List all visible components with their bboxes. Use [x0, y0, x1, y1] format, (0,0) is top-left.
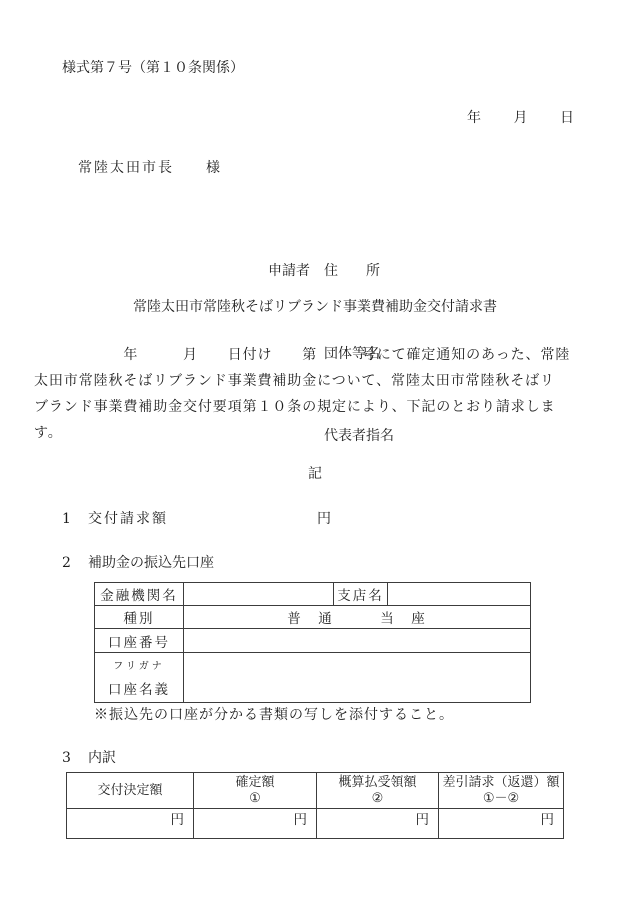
account-holder-label-cell: フリガナ 口座名義 [95, 653, 184, 703]
financial-institution-field [184, 583, 334, 606]
account-type-options: 普 通 当 座 [184, 606, 531, 629]
item-1-yen-unit: 円 [317, 509, 331, 529]
balance-claim-header-label: 差引請求（返還）額 [442, 775, 559, 790]
decided-amount-header: 交付決定額 [67, 773, 194, 809]
bank-row-account-number: 口座番号 [95, 629, 531, 653]
document-page: 様式第７号（第１０条関係） 年 月 日 常陸太田市長 様 申請者 住 所 団体等… [0, 0, 630, 903]
balance-claim-cell: 円 [439, 809, 564, 839]
body-paragraph: 年 月 日付け 第 号にて確定通知のあった、常陸 太田市常陸秋そばリブランド事業… [34, 342, 568, 446]
provisional-payment-cell: 円 [317, 809, 439, 839]
applicant-address-line: 申請者 住 所 [268, 258, 394, 286]
bank-row-account-type: 種別 普 通 当 座 [95, 606, 531, 629]
provisional-payment-header-sub: ② [317, 791, 438, 807]
balance-claim-header: 差引請求（返還）額 ①－② [439, 773, 564, 809]
document-title: 常陸太田市常陸秋そばリブランド事業費補助金交付請求書 [0, 297, 630, 317]
account-type-label: 種別 [95, 606, 184, 629]
furigana-label: フリガナ [95, 657, 183, 672]
account-number-label: 口座番号 [95, 629, 184, 653]
body-line-4: す。 [34, 420, 568, 446]
bank-row-account-holder: フリガナ 口座名義 [95, 653, 531, 703]
balance-claim-header-sub: ①－② [439, 791, 563, 807]
provisional-payment-header: 概算払受領額 ② [317, 773, 439, 809]
item-2-label: 補助金の振込先口座 [88, 553, 214, 573]
breakdown-header-row: 交付決定額 確定額 ① 概算払受領額 ② 差引請求（返還）額 ①－② [67, 773, 564, 809]
account-holder-label: 口座名義 [95, 678, 183, 698]
bank-note: ※振込先の口座が分かる書類の写しを添付すること。 [94, 704, 454, 724]
fixed-amount-header-label: 確定額 [235, 775, 274, 790]
branch-label: 支店名 [334, 583, 388, 606]
decided-amount-cell: 円 [67, 809, 194, 839]
item-1-number: 1 [62, 509, 71, 529]
bank-row-institution: 金融機関名 支店名 [95, 583, 531, 606]
bank-account-table: 金融機関名 支店名 種別 普 通 当 座 口座番号 フリガナ 口座名義 [94, 582, 531, 703]
fixed-amount-header: 確定額 ① [194, 773, 317, 809]
financial-institution-label: 金融機関名 [95, 583, 184, 606]
body-line-2: 太田市常陸秋そばリブランド事業費補助金について、常陸太田市常陸秋そばリ [34, 368, 568, 394]
item-2-number: 2 [62, 553, 71, 573]
item-3-label: 内訳 [88, 748, 116, 768]
item-3-number: 3 [62, 748, 71, 768]
account-holder-field [184, 653, 531, 703]
date-line: 年 月 日 [467, 108, 576, 128]
addressee: 常陸太田市長 様 [78, 158, 222, 178]
breakdown-amount-row: 円 円 円 円 [67, 809, 564, 839]
form-number: 様式第７号（第１０条関係） [62, 58, 244, 78]
account-number-field [184, 629, 531, 653]
ki-marker: 記 [0, 464, 630, 484]
fixed-amount-header-sub: ① [194, 791, 316, 807]
body-line-3: ブランド事業費補助金交付要項第１０条の規定により、下記のとおり請求しま [34, 394, 568, 420]
fixed-amount-cell: 円 [194, 809, 317, 839]
branch-field [388, 583, 531, 606]
body-line-1: 年 月 日付け 第 号にて確定通知のあった、常陸 [34, 342, 568, 368]
breakdown-table: 交付決定額 確定額 ① 概算払受領額 ② 差引請求（返還）額 ①－② 円 円 円… [66, 772, 564, 839]
provisional-payment-header-label: 概算払受領額 [338, 775, 416, 790]
item-1-label: 交付請求額 [88, 509, 168, 529]
